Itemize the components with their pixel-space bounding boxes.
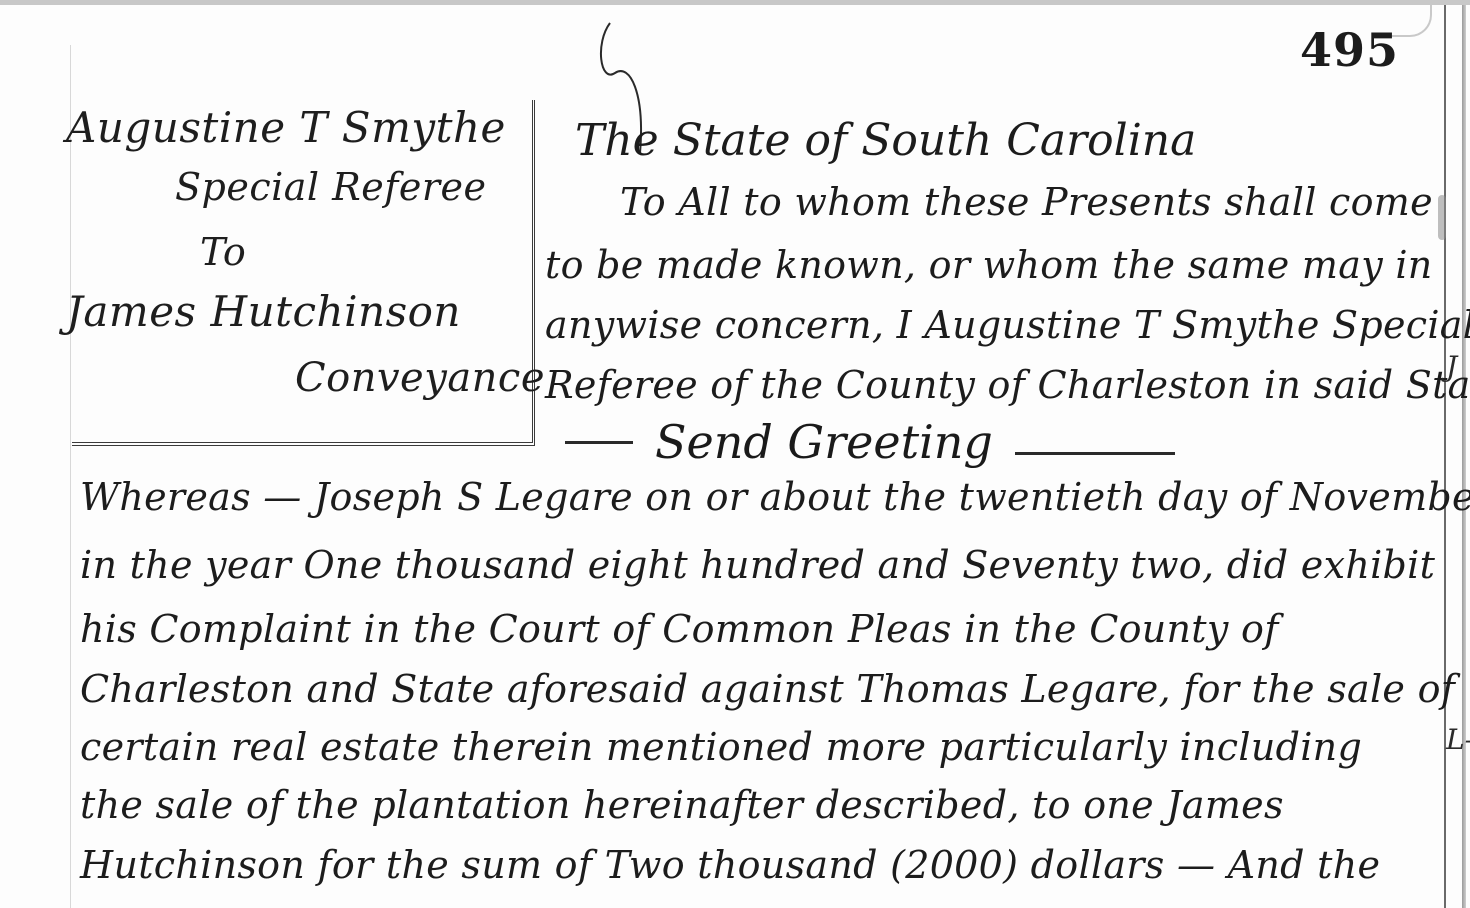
body-line: in the year One thousand eight hundred a… bbox=[80, 543, 1435, 587]
document-heading: The State of South Carolina bbox=[575, 115, 1196, 166]
greeting-dash-left bbox=[565, 441, 633, 444]
opening-line: anywise concern, I Augustine T Smythe Sp… bbox=[545, 303, 1470, 347]
opening-line: To All to whom these Presents shall come bbox=[620, 180, 1433, 224]
greeting-row: Send Greeting bbox=[565, 417, 1225, 467]
margin-note-type: Conveyance bbox=[295, 355, 545, 401]
page-number: 495 bbox=[1300, 23, 1399, 77]
right-margin-mark: L– bbox=[1446, 723, 1470, 756]
ink-smudge bbox=[1438, 195, 1446, 240]
body-line: Hutchinson for the sum of Two thousand (… bbox=[80, 843, 1380, 887]
page-edge bbox=[1462, 5, 1466, 908]
greeting-dash-right bbox=[1015, 452, 1175, 455]
opening-line: Referee of the County of Charleston in s… bbox=[545, 363, 1470, 407]
left-margin-rule bbox=[70, 45, 71, 908]
body-line: certain real estate therein mentioned mo… bbox=[80, 725, 1362, 769]
body-line: Whereas — Joseph S Legare on or about th… bbox=[80, 475, 1470, 519]
right-margin-rule bbox=[1444, 5, 1446, 908]
opening-line: to be made known, or whom the same may i… bbox=[545, 243, 1433, 287]
margin-note-to: To bbox=[200, 230, 246, 274]
body-line: the sale of the plantation hereinafter d… bbox=[80, 783, 1284, 827]
document-page: 495 Augustine T Smythe Special Referee T… bbox=[0, 5, 1470, 908]
right-margin-mark: J bbox=[1446, 350, 1457, 383]
margin-note-grantee: James Hutchinson bbox=[66, 287, 461, 336]
body-line: his Complaint in the Court of Common Ple… bbox=[80, 607, 1279, 651]
greeting-text: Send Greeting bbox=[655, 415, 993, 469]
margin-note-grantor: Augustine T Smythe bbox=[66, 103, 506, 152]
body-line: Charleston and State aforesaid against T… bbox=[80, 667, 1455, 711]
margin-note-title: Special Referee bbox=[175, 165, 486, 209]
